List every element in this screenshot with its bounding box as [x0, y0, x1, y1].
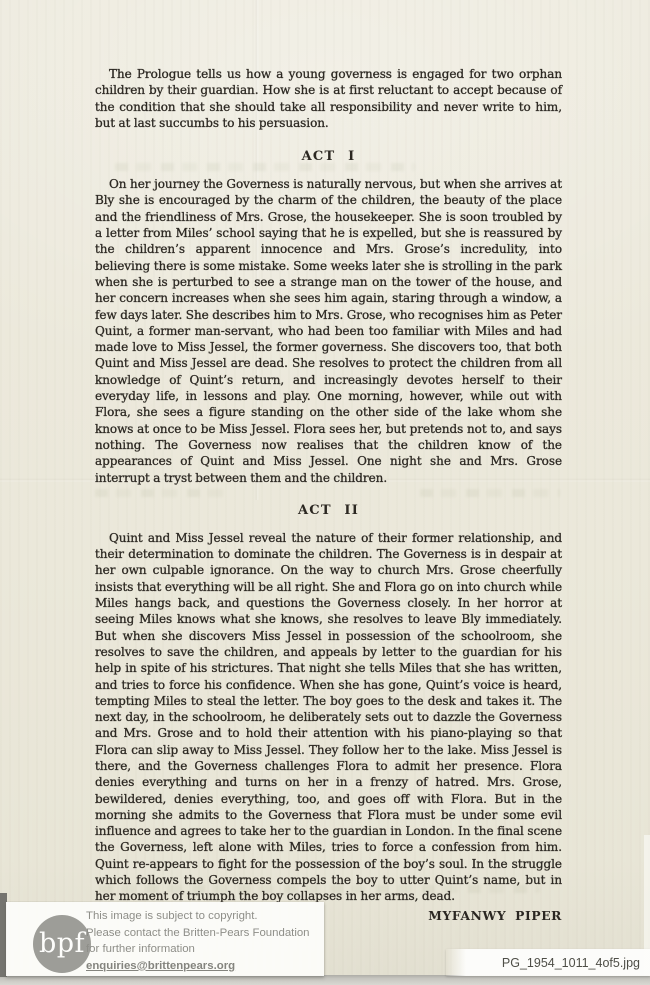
synopsis-text-block: The Prologue tells us how a young govern… — [95, 66, 562, 924]
filename-label: PG_1954_1011_4of5.jpg — [446, 949, 650, 976]
scanned-page: The Prologue tells us how a young govern… — [0, 0, 650, 985]
contact-email: enquiries@brittenpears.org — [86, 958, 235, 975]
watermark-text: This image is subject to copyright. Plea… — [86, 908, 321, 974]
watermark-line-2: Please contact the Britten-Pears Foundat… — [86, 925, 321, 942]
bpf-logo-text: bpf — [39, 930, 85, 957]
act2-heading: ACT II — [95, 503, 562, 519]
scan-bottom-edge — [0, 975, 650, 985]
act2-paragraph: Quint and Miss Jessel reveal the nature … — [95, 530, 562, 905]
watermark-line-3: for further information — [86, 941, 321, 958]
bpf-logo-icon: bpf — [33, 915, 91, 973]
prologue-paragraph: The Prologue tells us how a young govern… — [95, 66, 562, 131]
act1-paragraph: On her journey the Governess is naturall… — [95, 176, 562, 486]
copyright-watermark: bpf This image is subject to copyright. … — [6, 902, 324, 976]
act1-heading: ACT I — [95, 149, 562, 165]
watermark-line-1: This image is subject to copyright. — [86, 908, 321, 925]
